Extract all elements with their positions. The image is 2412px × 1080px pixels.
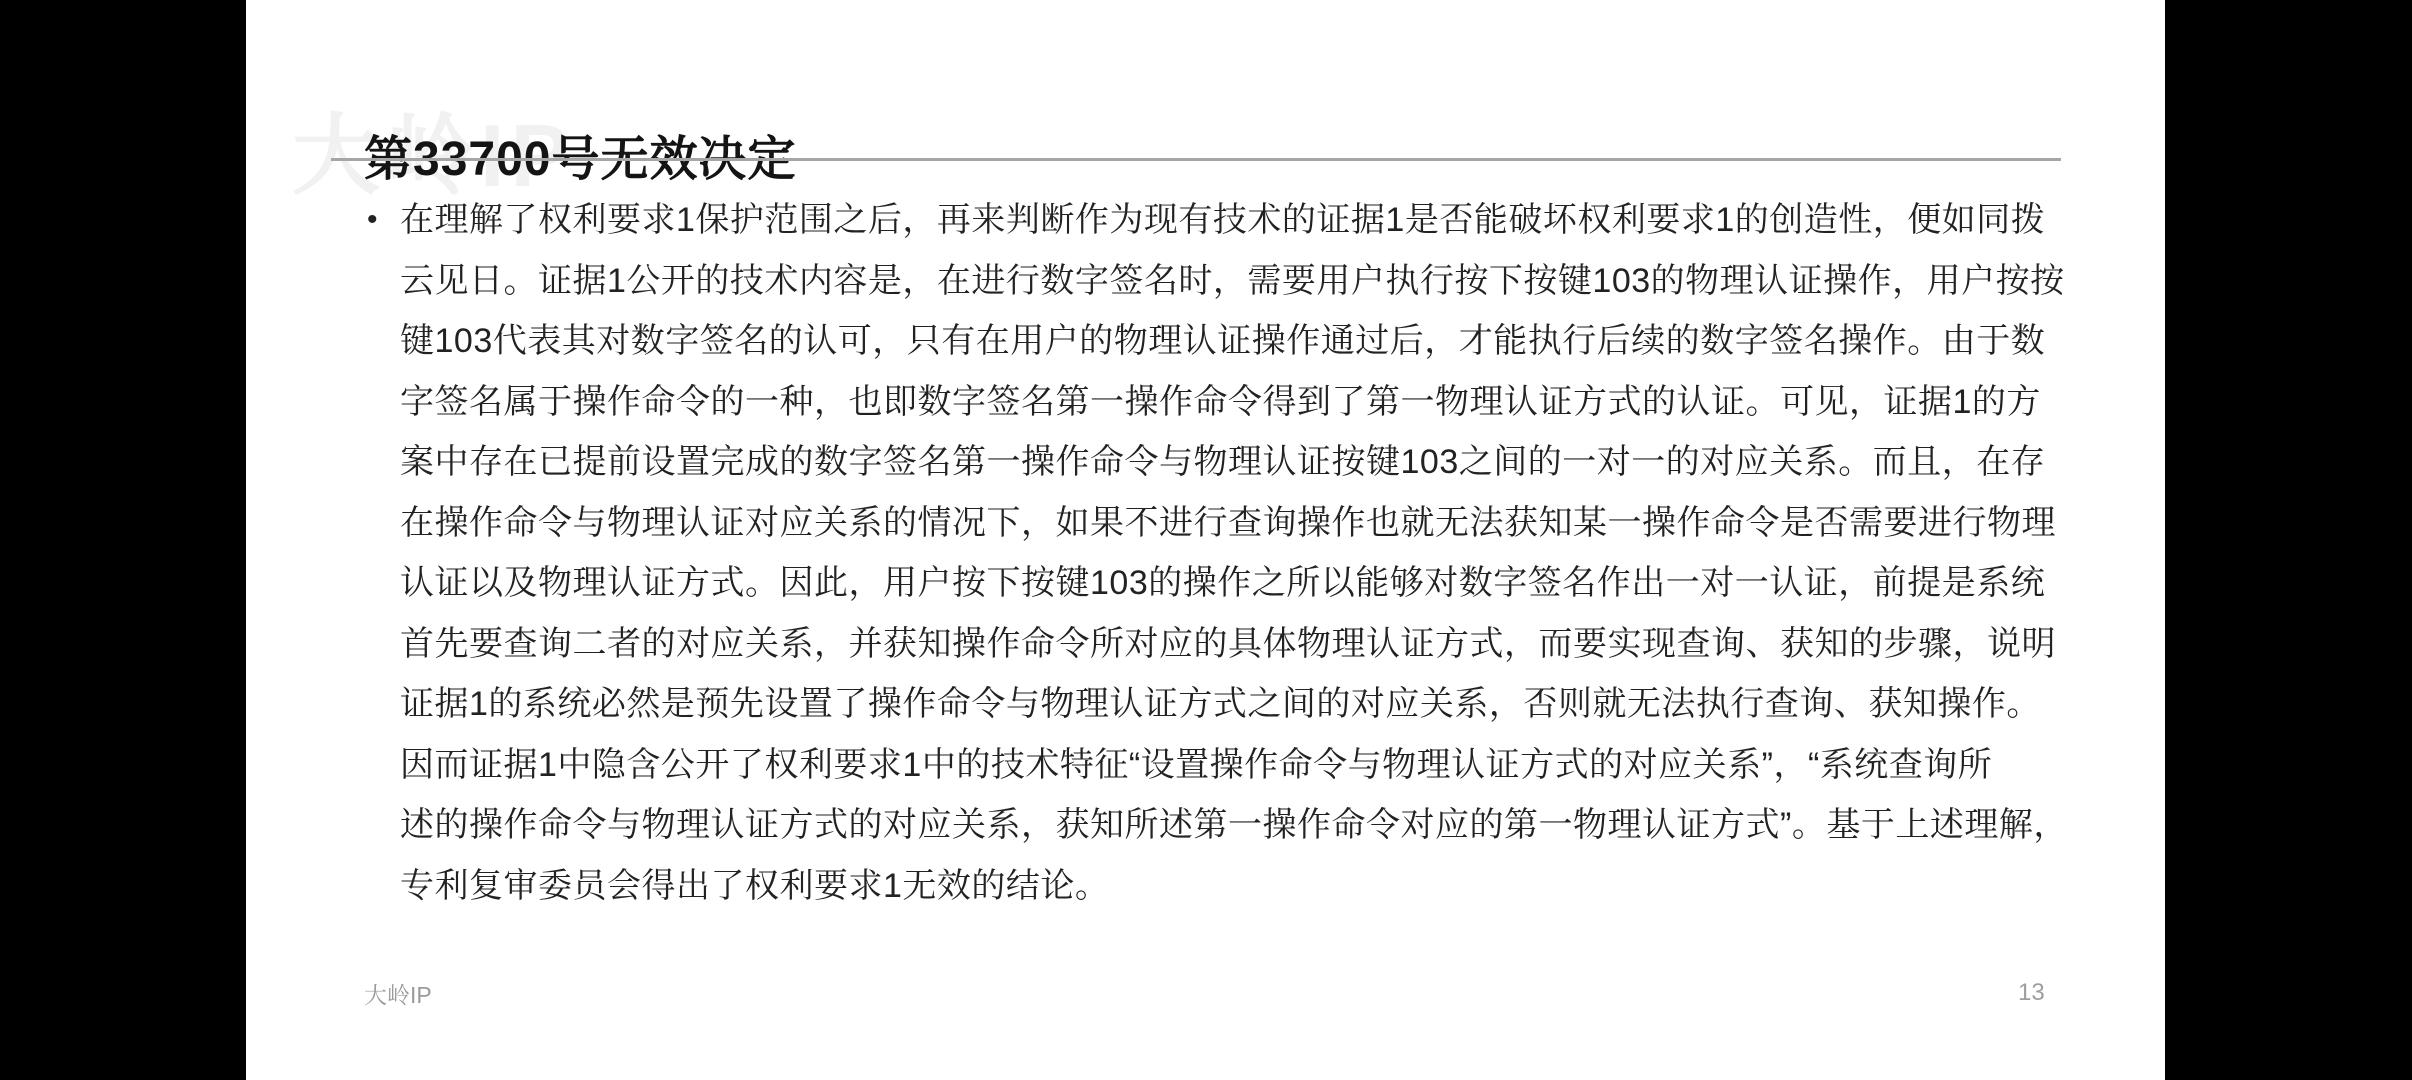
- title-divider-line: [331, 158, 2061, 161]
- body-line: 认证以及物理认证方式。因此，用户按下按键103的操作之所以能够对数字签名作出一对…: [400, 553, 2100, 614]
- slide-title: 第33700号无效决定: [364, 120, 796, 189]
- body-line: 在操作命令与物理认证对应关系的情况下，如果不进行查询操作也就无法获知某一操作命令…: [400, 493, 2100, 554]
- body-line: 首先要查询二者的对应关系，并获知操作命令所对应的具体物理认证方式，而要实现查询、…: [400, 614, 2100, 675]
- bullet-icon: •: [367, 190, 378, 251]
- body-line: 证据1的系统必然是预先设置了操作命令与物理认证方式之间的对应关系，否则就无法执行…: [400, 674, 2100, 735]
- letterbox-right: [2165, 0, 2412, 1080]
- body-line: 字签名属于操作命令的一种，也即数字签名第一操作命令得到了第一物理认证方式的认证。…: [400, 372, 2100, 433]
- footer-brand: 大岭IP: [364, 977, 432, 1010]
- body-line: 专利复审委员会得出了权利要求1无效的结论。: [400, 856, 2100, 917]
- footer-page-number: 13: [2018, 979, 2045, 1007]
- body-line: 在理解了权利要求1保护范围之后，再来判断作为现有技术的证据1是否能破坏权利要求1…: [400, 190, 2100, 251]
- screen: 大岭IP 第33700号无效决定 • 在理解了权利要求1保护范围之后，再来判断作…: [0, 0, 2412, 1080]
- body-line: 云见日。证据1公开的技术内容是，在进行数字签名时，需要用户执行按下按键103的物…: [400, 251, 2100, 312]
- presentation-slide: 大岭IP 第33700号无效决定 • 在理解了权利要求1保护范围之后，再来判断作…: [246, 0, 2165, 1080]
- body-line: 因而证据1中隐含公开了权利要求1中的技术特征“设置操作命令与物理认证方式的对应关…: [400, 735, 2100, 796]
- body-line: 述的操作命令与物理认证方式的对应关系，获知所述第一操作命令对应的第一物理认证方式…: [400, 795, 2100, 856]
- body-line: 案中存在已提前设置完成的数字签名第一操作命令与物理认证按键103之间的一对一的对…: [400, 432, 2100, 493]
- body-line: 键103代表其对数字签名的认可，只有在用户的物理认证操作通过后，才能执行后续的数…: [400, 311, 2100, 372]
- body-paragraph: 在理解了权利要求1保护范围之后，再来判断作为现有技术的证据1是否能破坏权利要求1…: [400, 190, 2100, 916]
- letterbox-left: [0, 0, 246, 1080]
